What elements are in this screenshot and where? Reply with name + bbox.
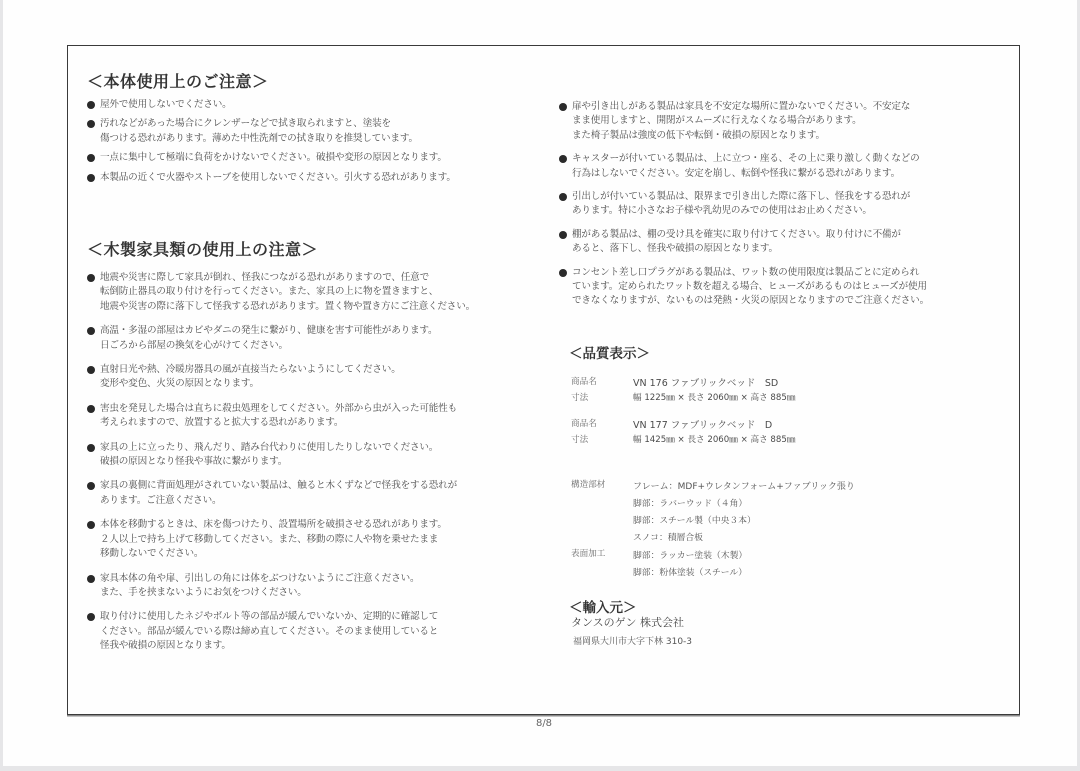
caution-text-line: 家具本体の角や扉、引出しの角には体をぶつけないようにご注意ください。 — [100, 572, 557, 586]
importer-address: 福岡県大川市大字下林 310-3 — [573, 634, 692, 647]
bullet-icon — [87, 174, 95, 182]
bullet-icon — [559, 231, 567, 239]
caution-text-line: 変形や変色、火災の原因となります。 — [100, 377, 557, 391]
bullet-icon — [559, 103, 567, 111]
caution-text-line: 害虫を発見した場合は直ちに殺虫処理をしてください。外部から虫が入った可能性も — [100, 402, 557, 416]
caution-text-line: また椅子製品は強度の低下や転倒・破損の原因となります。 — [572, 129, 999, 143]
caution-item: キャスターが付いている製品は、上に立つ・座る、その上に乗り激しく動くなどの行為は… — [559, 152, 999, 181]
caution-text-line: 地震や災害の際に落下して怪我する恐れがあります。置く物や置き方にご注意ください。 — [100, 300, 557, 314]
caution-text-line: 家具の裏側に背面処理がされていない製品は、触ると木くずなどで怪我をする恐れが — [100, 479, 557, 493]
bullet-icon — [87, 366, 95, 374]
section-title-wood-furniture: ＜木製家具類の使用上の注意＞ — [87, 240, 318, 260]
bullet-icon — [87, 575, 95, 583]
caution-text-line: 行為はしないでください。安定を崩し、転倒や怪我に繋がる恐れがあります。 — [572, 167, 999, 181]
product-name-label: 商品名 — [571, 417, 631, 429]
caution-text-line: 屋外で使用しないでください。 — [100, 98, 549, 112]
bullet-icon — [87, 120, 95, 128]
caution-item: 取り付けに使用したネジやボルト等の部品が緩んでいないか、定期的に確認してください… — [87, 610, 557, 653]
bullet-icon — [87, 482, 95, 490]
caution-item: 家具の裏側に背面処理がされていない製品は、触ると木くずなどで怪我をする恐れがあり… — [87, 479, 557, 508]
material-2: 脚部：ラバーウッド（４角） — [633, 496, 747, 509]
importer-company: タンスのゲン 株式会社 — [571, 614, 684, 630]
caution-text-line: コンセント差し口プラグがある製品は、ワット数の使用限度は製品ごとに定められ — [572, 266, 999, 280]
bullet-icon — [559, 155, 567, 163]
caution-text-line: 怪我や破損の原因となります。 — [100, 639, 557, 653]
caution-item: 本体を移動するときは、床を傷つけたり、設置場所を破損させる恐れがあります。２人以… — [87, 518, 557, 561]
material-1: フレーム：MDF+ウレタンフォーム+ファブリック張り — [633, 479, 855, 492]
product-name-label: 商品名 — [571, 375, 631, 387]
caution-text-line: 家具の上に立ったり、飛んだり、踏み台代わりに使用したりしないでください。 — [100, 441, 557, 455]
finish-label: 表面加工 — [571, 547, 631, 559]
caution-text-line: 転倒防止器具の取り付けを行ってください。また、家具の上に物を置きますと、 — [100, 285, 557, 299]
quality-label-title: ＜品質表示＞ — [569, 342, 650, 362]
bullet-icon — [87, 274, 95, 282]
caution-text-line: あると、落下し、怪我や破損の原因となります。 — [572, 242, 999, 256]
material-3: 脚部：スチール製（中央３本） — [633, 513, 756, 526]
caution-text-line: 本製品の近くで火器やストーブを使用しないでください。引火する恐れがあります。 — [100, 171, 549, 185]
caution-text-line: 傷つける恐れがあります。薄めた中性洗剤での拭き取りを推奨しています。 — [100, 132, 549, 146]
left-column: ＜本体使用上のご注意＞ 屋外で使用しないでください。汚れなどがあった場合にクレン… — [87, 72, 549, 185]
material-4: スノコ：積層合板 — [633, 530, 703, 543]
bullet-icon — [87, 327, 95, 335]
caution-item: 家具本体の角や扉、引出しの角には体をぶつけないようにご注意ください。また、手を挟… — [87, 572, 557, 601]
caution-text-line: ています。定められたワット数を超える場合、ヒューズがあるものはヒューズが使用 — [572, 280, 999, 294]
importer-title: ＜輸入元＞ — [569, 596, 637, 616]
caution-text-line: できなくなりますが、ないものは発熱・火災の原因となりますのでご注意ください。 — [572, 294, 999, 308]
bullet-icon — [87, 521, 95, 529]
caution-text-line: 本体を移動するときは、床を傷つけたり、設置場所を破損させる恐れがあります。 — [100, 518, 557, 532]
caution-item: 高温・多湿の部屋はカビやダニの発生に繋がり、健康を害す可能性があります。日ごろか… — [87, 324, 557, 353]
caution-item: 棚がある製品は、棚の受け具を確実に取り付けてください。取り付けに不備があると、落… — [559, 228, 999, 257]
bullet-icon — [87, 405, 95, 413]
caution-text-line: 棚がある製品は、棚の受け具を確実に取り付けてください。取り付けに不備が — [572, 228, 999, 242]
caution-text-line: 直射日光や熱、冷暖房器具の風が直接当たらないようにしてください。 — [100, 363, 557, 377]
bullet-icon — [87, 154, 95, 162]
bullet-icon — [87, 613, 95, 621]
caution-text-line: また、手を挟まないようにお気をつけください。 — [100, 586, 557, 600]
right-caution-list: 扉や引き出しがある製品は家具を不安定な場所に置かないでください。不安定なまま使用… — [559, 100, 999, 309]
product-name-value: VN 176 ファブリックベッド SD — [633, 375, 778, 389]
document-page: ＜本体使用上のご注意＞ 屋外で使用しないでください。汚れなどがあった場合にクレン… — [3, 0, 1077, 766]
body-usage-list: 屋外で使用しないでください。汚れなどがあった場合にクレンザーなどで拭き取られます… — [87, 98, 549, 185]
caution-text-line: ください。部品が緩んでいる際は締め直してください。そのまま使用していると — [100, 625, 557, 639]
caution-text-line: 移動しないでください。 — [100, 547, 557, 561]
caution-item: 家具の上に立ったり、飛んだり、踏み台代わりに使用したりしないでください。破損の原… — [87, 441, 557, 470]
bullet-icon — [559, 269, 567, 277]
caution-item: 害虫を発見した場合は直ちに殺虫処理をしてください。外部から虫が入った可能性も考え… — [87, 402, 557, 431]
caution-text-line: 取り付けに使用したネジやボルト等の部品が緩んでいないか、定期的に確認して — [100, 610, 557, 624]
wood-furniture-list: 地震や災害に際して家具が倒れ、怪我につながる恐れがありますので、任意で転倒防止器… — [87, 271, 557, 654]
caution-item: 一点に集中して極端に負荷をかけないでください。破損や変形の原因となります。 — [87, 151, 549, 165]
caution-text-line: 一点に集中して極端に負荷をかけないでください。破損や変形の原因となります。 — [100, 151, 549, 165]
product-name-value: VN 177 ファブリックベッド D — [633, 417, 772, 431]
caution-text-line: 扉や引き出しがある製品は家具を不安定な場所に置かないでください。不安定な — [572, 100, 999, 114]
caution-text-line: 考えられますので、放置すると拡大する恐れがあります。 — [100, 416, 557, 430]
caution-item: 扉や引き出しがある製品は家具を不安定な場所に置かないでください。不安定なまま使用… — [559, 100, 999, 143]
caution-text-line: あります。ご注意ください。 — [100, 494, 557, 508]
caution-text-line: 引出しが付いている製品は、限界まで引き出した際に落下し、怪我をする恐れが — [572, 190, 999, 204]
caution-text-line: 日ごろから部屋の換気を心がけてください。 — [100, 339, 557, 353]
caution-item: 引出しが付いている製品は、限界まで引き出した際に落下し、怪我をする恐れがあります… — [559, 190, 999, 219]
caution-item: 本製品の近くで火器やストーブを使用しないでください。引火する恐れがあります。 — [87, 171, 549, 185]
size-label: 寸法 — [571, 433, 631, 445]
finish-2: 脚部：粉体塗装（スチール） — [633, 565, 747, 578]
bullet-icon — [559, 193, 567, 201]
caution-text-line: 汚れなどがあった場合にクレンザーなどで拭き取られますと、塗装を — [100, 117, 549, 131]
section-title-body-usage: ＜本体使用上のご注意＞ — [87, 72, 549, 92]
bullet-icon — [87, 101, 95, 109]
caution-item: 直射日光や熱、冷暖房器具の風が直接当たらないようにしてください。変形や変色、火災… — [87, 363, 557, 392]
right-column: 扉や引き出しがある製品は家具を不安定な場所に置かないでください。不安定なまま使用… — [559, 100, 999, 309]
caution-text-line: ２人以上で持ち上げて移動してください。また、移動の際に人や物を乗せたまま — [100, 533, 557, 547]
caution-item: 屋外で使用しないでください。 — [87, 98, 549, 112]
caution-text-line: 破損の原因となり怪我や事故に繋がります。 — [100, 455, 557, 469]
materials-label: 構造部材 — [571, 478, 631, 490]
size-value: 幅 1425㎜ × 長さ 2060㎜ × 高さ 885㎜ — [633, 433, 795, 445]
caution-text-line: 高温・多湿の部屋はカビやダニの発生に繋がり、健康を害す可能性があります。 — [100, 324, 557, 338]
finish-1: 脚部：ラッカー塗装（木製） — [633, 548, 747, 561]
caution-text-line: キャスターが付いている製品は、上に立つ・座る、その上に乗り激しく動くなどの — [572, 152, 999, 166]
caution-item: コンセント差し口プラグがある製品は、ワット数の使用限度は製品ごとに定められていま… — [559, 266, 999, 309]
caution-item: 汚れなどがあった場合にクレンザーなどで拭き取られますと、塗装を傷つける恐れがあり… — [87, 117, 549, 146]
caution-text-line: 地震や災害に際して家具が倒れ、怪我につながる恐れがありますので、任意で — [100, 271, 557, 285]
caution-item: 地震や災害に際して家具が倒れ、怪我につながる恐れがありますので、任意で転倒防止器… — [87, 271, 557, 314]
page-number: 8/8 — [529, 718, 559, 729]
size-value: 幅 1225㎜ × 長さ 2060㎜ × 高さ 885㎜ — [633, 391, 795, 403]
size-label: 寸法 — [571, 391, 631, 403]
caution-text-line: あります。特に小さなお子様や乳幼児のみでの使用はお止めください。 — [572, 204, 999, 218]
bullet-icon — [87, 444, 95, 452]
caution-text-line: まま使用しますと、開閉がスムーズに行えなくなる場合があります。 — [572, 114, 999, 128]
